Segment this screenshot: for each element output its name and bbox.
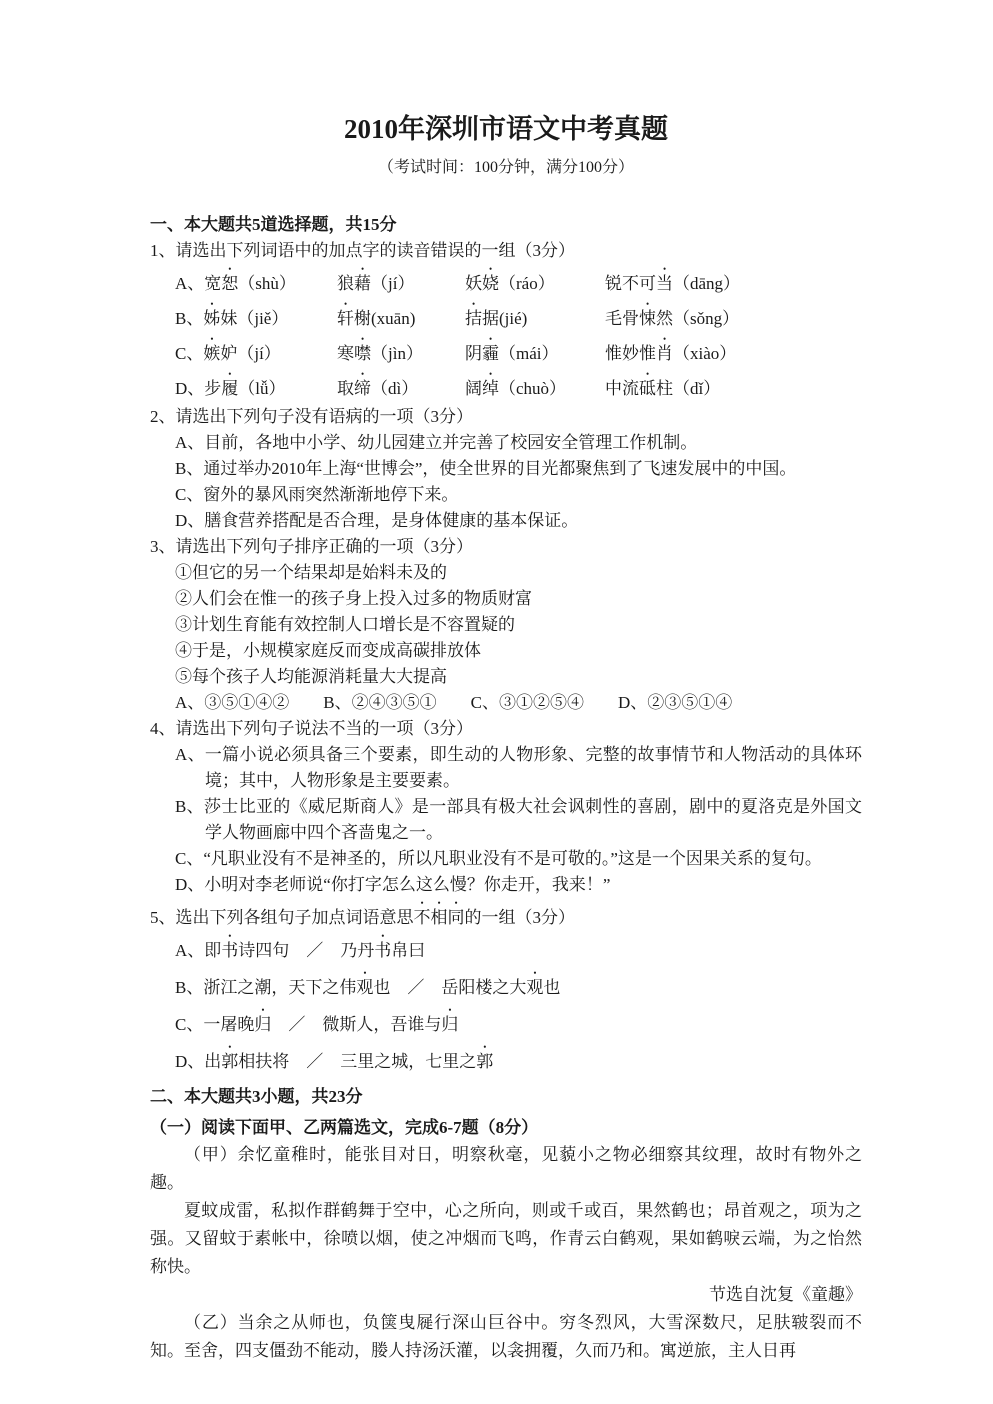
- word-with-pinyin: B、姊妹（jiě）: [175, 299, 337, 334]
- q2-option-a: A、目前，各地中小学、幼儿园建立并完善了校园安全管理工作机制。: [175, 430, 862, 456]
- emphasis-dot-text: 归: [254, 1015, 271, 1034]
- q1-stem: 1、请选出下列词语中的加点字的读音错误的一组（3分）: [150, 238, 862, 264]
- emphasis-dot-text: 归: [441, 1015, 458, 1034]
- emphasis-dot-text: 嫉: [203, 344, 220, 363]
- q3-answers: A、③⑤①④② B、②④③⑤① C、③①②⑤④ D、②③⑤①④: [175, 690, 862, 716]
- emphasis-dot-text: 藉: [354, 274, 371, 293]
- page-title: 2010年深圳市语文中考真题: [150, 112, 862, 146]
- emphasis-dot-text: 绰: [482, 379, 499, 398]
- emphasis-dot-text: 履: [221, 379, 238, 398]
- word-with-pinyin: 拮据(jié): [465, 299, 605, 334]
- emphasis-dot-text: 恕: [221, 274, 238, 293]
- emphasis-dot-text: 郭: [476, 1052, 493, 1071]
- word-with-pinyin: D、步履（lǚ）: [175, 369, 337, 404]
- q1-option-b: B、姊妹（jiě）轩榭(xuān)拮据(jié)毛骨悚然（sǒng）: [175, 299, 862, 334]
- q1-option-a: A、宽恕（shù）狼藉（jí）妖娆（ráo）锐不可当（dāng）: [175, 264, 862, 299]
- q4-option-b: B、莎士比亚的《威尼斯商人》是一部具有极大社会讽刺性的喜剧，剧中的夏洛克是外国文…: [175, 794, 862, 846]
- emphasis-dot-text: 郭: [221, 1052, 238, 1071]
- emphasis-dot-text: 观: [356, 978, 373, 997]
- word-with-pinyin: 妖娆（ráo）: [465, 264, 605, 299]
- emphasis-dot-text: 书: [374, 941, 391, 960]
- emphasis-dot-text: 缔: [354, 379, 371, 398]
- passage-jia-source: 节选自沈复《童趣》: [150, 1281, 862, 1309]
- q3-sentence-1: ①但它的另一个结果却是始料未及的: [175, 560, 862, 586]
- emphasis-dot-text: 当: [656, 274, 673, 293]
- word-with-pinyin: 狼藉（jí）: [337, 264, 465, 299]
- emphasis-dot-text: 书: [221, 941, 238, 960]
- emphasis-dot-text: 娆: [482, 274, 499, 293]
- section-2-part-1-heading: （一）阅读下面甲、乙两篇选文，完成6-7题（8分）: [150, 1115, 862, 1141]
- q5-option-c: C、一屠晚归 ／ 微斯人，吾谁与归: [175, 1005, 862, 1042]
- q2-option-d: D、膳食营养搭配是否合理，是身体健康的基本保证。: [175, 508, 862, 534]
- q5-option-b: B、浙江之潮，天下之伟观也 ／ 岳阳楼之大观也: [175, 968, 862, 1005]
- word-with-pinyin: 寒噤（jìn）: [337, 334, 465, 369]
- section-1-heading: 一、本大题共5道选择题，共15分: [150, 212, 862, 238]
- q3-sentence-4: ④于是，小规模家庭反而变成高碳排放体: [175, 638, 862, 664]
- word-with-pinyin: 中流砥柱（dǐ）: [605, 369, 862, 404]
- word-with-pinyin: 锐不可当（dāng）: [605, 264, 862, 299]
- q2-option-b: B、通过举办2010年上海“世博会”，使全世界的目光都聚焦到了飞速发展中的中国。: [175, 456, 862, 482]
- q4-option-c: C、“凡职业没有不是神圣的，所以凡职业没有不是可敬的。”这是一个因果关系的复句。: [175, 846, 862, 872]
- passage-jia-paragraph-1: （甲）余忆童稚时，能张目对日，明察秋毫，见藐小之物必细察其纹理，故时有物外之趣。: [150, 1141, 862, 1197]
- section-2-heading: 二、本大题共3小题，共23分: [150, 1084, 862, 1110]
- emphasis-dot-text: 拮: [465, 309, 482, 328]
- q5-option-d: D、出郭相扶将 ／ 三里之城，七里之郭: [175, 1042, 862, 1079]
- emphasis-dot-text: 轩: [337, 309, 354, 328]
- document-body: 一、本大题共5道选择题，共15分1、请选出下列词语中的加点字的读音错误的一组（3…: [150, 212, 862, 1365]
- q5-stem: 5、选出下列各组句子加点词语意思不相同的一组（3分）: [150, 898, 862, 931]
- emphasis-dot-text: 观: [526, 978, 543, 997]
- q3-sentence-5: ⑤每个孩子人均能源消耗量大大提高: [175, 664, 862, 690]
- exam-info: （考试时间：100分钟，满分100分）: [150, 156, 862, 180]
- q1-option-d: D、步履（lǚ）取缔（dì）阔绰（chuò）中流砥柱（dǐ）: [175, 369, 862, 404]
- emphasis-dot-text: 悚: [639, 309, 656, 328]
- q3-stem: 3、请选出下列句子排序正确的一项（3分）: [150, 534, 862, 560]
- word-with-pinyin: C、嫉妒（jí）: [175, 334, 337, 369]
- word-with-pinyin: 取缔（dì）: [337, 369, 465, 404]
- q3-sentence-2: ②人们会在惟一的孩子身上投入过多的物质财富: [175, 586, 862, 612]
- passage-jia-paragraph-2: 夏蚊成雷，私拟作群鹤舞于空中，心之所向，则或千或百，果然鹤也；昂首观之，项为之强…: [150, 1197, 862, 1281]
- q4-option-a: A、一篇小说必须具备三个要素，即生动的人物形象、完整的故事情节和人物活动的具体环…: [175, 742, 862, 794]
- emphasis-dot-text: 噤: [354, 344, 371, 363]
- q4-option-d: D、小明对李老师说“你打字怎么这么慢？你走开，我来！”: [175, 872, 862, 898]
- q5-option-a: A、即书诗四句 ／ 乃丹书帛曰: [175, 931, 862, 968]
- word-with-pinyin: A、宽恕（shù）: [175, 264, 337, 299]
- emphasis-dot-text: 姊: [203, 309, 220, 328]
- q2-stem: 2、请选出下列句子没有语病的一项（3分）: [150, 404, 862, 430]
- q2-option-c: C、窗外的暴风雨突然渐渐地停下来。: [175, 482, 862, 508]
- word-with-pinyin: 阔绰（chuò）: [465, 369, 605, 404]
- emphasis-dot-text: 不相同: [414, 908, 465, 927]
- word-with-pinyin: 阴霾（mái）: [465, 334, 605, 369]
- word-with-pinyin: 毛骨悚然（sǒng）: [605, 299, 862, 334]
- word-with-pinyin: 惟妙惟肖（xiào）: [605, 334, 862, 369]
- q1-option-c: C、嫉妒（jí）寒噤（jìn）阴霾（mái）惟妙惟肖（xiào）: [175, 334, 862, 369]
- q3-sentence-3: ③计划生育能有效控制人口增长是不容置疑的: [175, 612, 862, 638]
- passage-yi-paragraph-1: （乙）当余之从师也，负箧曳屣行深山巨谷中。穷冬烈风，大雪深数尺，足肤皲裂而不知。…: [150, 1309, 862, 1365]
- emphasis-dot-text: 肖: [656, 344, 673, 363]
- emphasis-dot-text: 砥: [639, 379, 656, 398]
- emphasis-dot-text: 霾: [482, 344, 499, 363]
- q4-stem: 4、请选出下列句子说法不当的一项（3分）: [150, 716, 862, 742]
- word-with-pinyin: 轩榭(xuān): [337, 299, 465, 334]
- exam-page: 2010年深圳市语文中考真题 （考试时间：100分钟，满分100分） 一、本大题…: [0, 0, 993, 1404]
